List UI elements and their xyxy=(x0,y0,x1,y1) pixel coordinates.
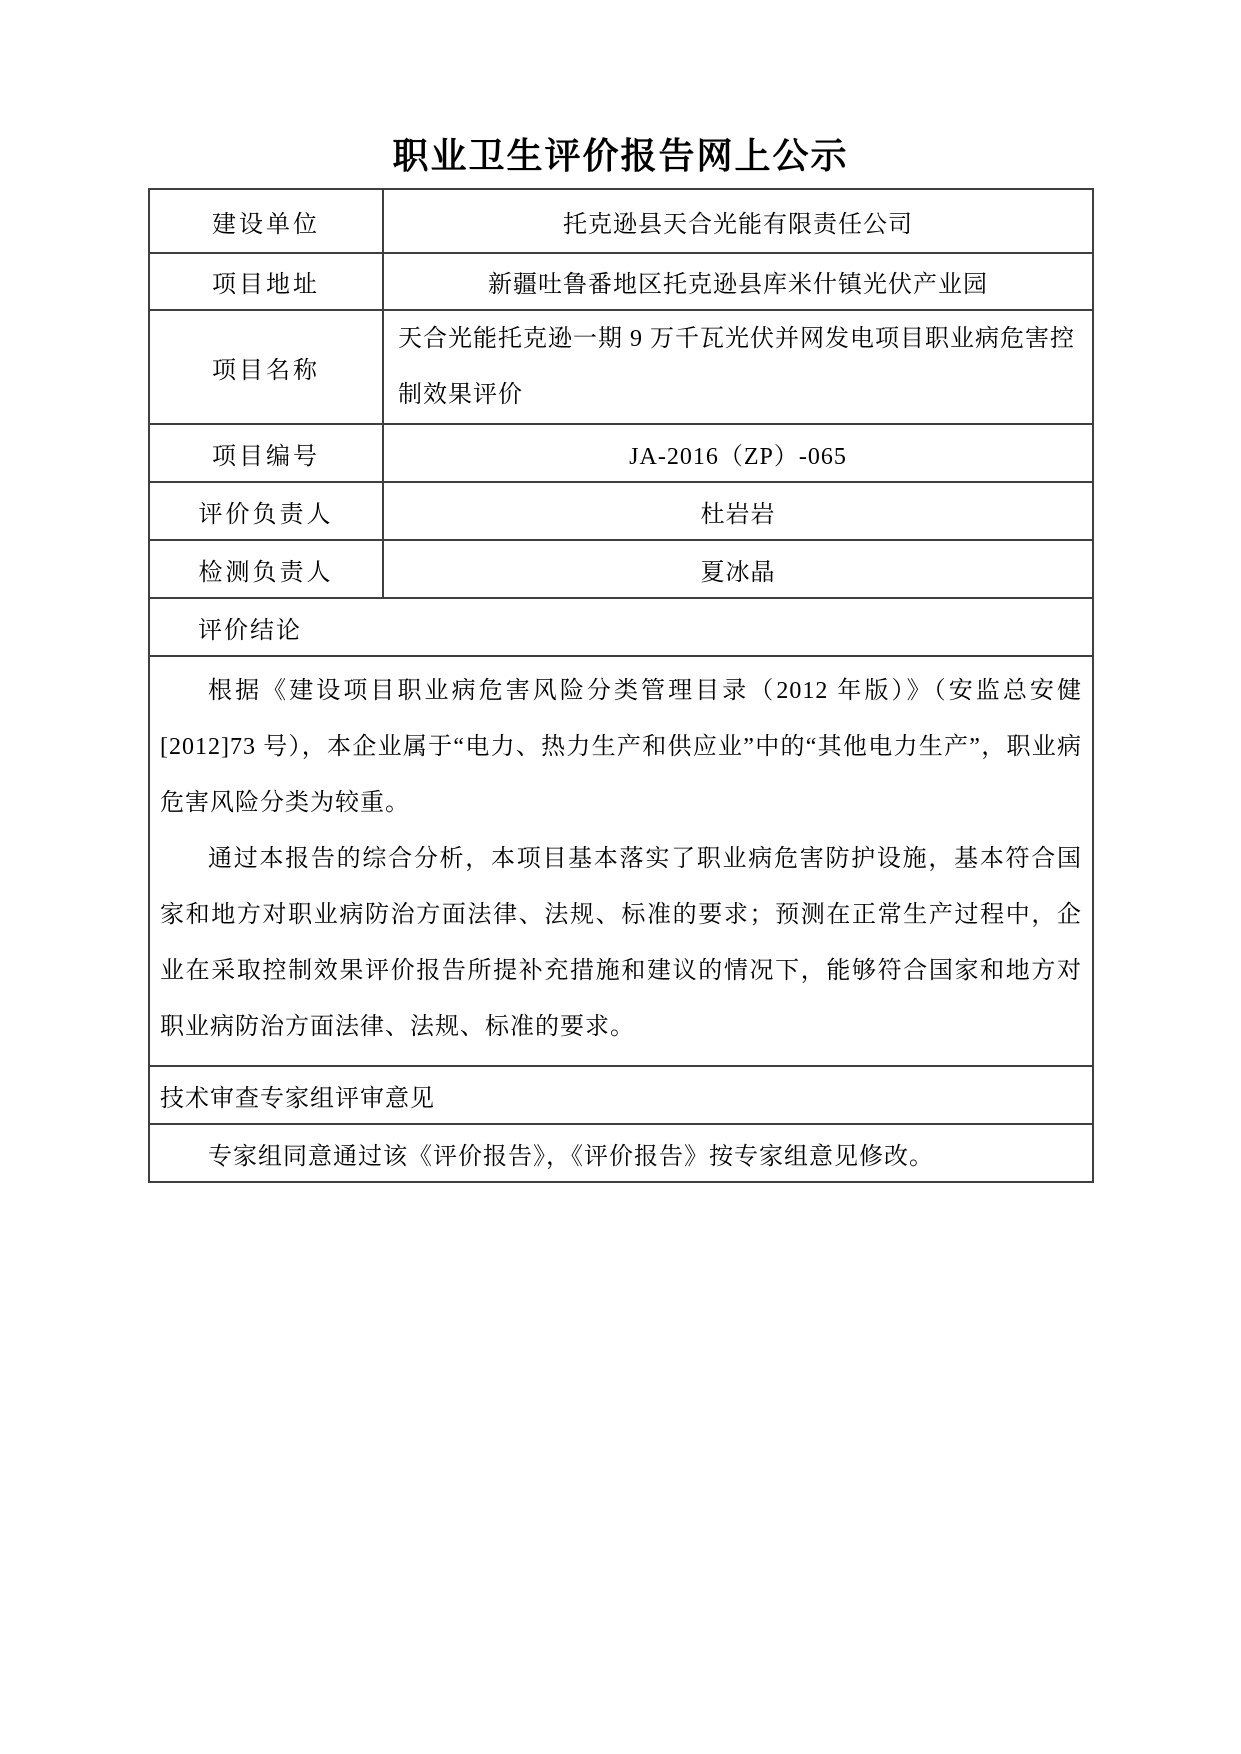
expert-header: 技术审查专家组评审意见 xyxy=(149,1066,1093,1124)
project-name-value: 天合光能托克逊一期 9 万千瓦光伏并网发电项目职业病危害控制效果评价 xyxy=(383,310,1093,424)
expert-opinion: 专家组同意通过该《评价报告》，《评价报告》按专家组意见修改。 xyxy=(149,1124,1093,1182)
project-address-value: 新疆吐鲁番地区托克逊县库米什镇光伏产业园 xyxy=(383,253,1093,310)
evaluation-leader-value: 杜岩岩 xyxy=(383,482,1093,540)
conclusion-header: 评价结论 xyxy=(149,598,1093,656)
project-address-label: 项目地址 xyxy=(149,253,383,310)
conclusion-paragraph-1: 根据《建设项目职业病危害风险分类管理目录（2012 年版）》（安监总安健[201… xyxy=(160,663,1082,831)
construction-unit-label: 建设单位 xyxy=(149,189,383,253)
table-row-project-number: 项目编号 JA-2016（ZP）-065 xyxy=(149,424,1093,482)
testing-leader-value: 夏冰晶 xyxy=(383,540,1093,598)
project-number-value: JA-2016（ZP）-065 xyxy=(383,424,1093,482)
table-row-evaluation-leader: 评价负责人 杜岩岩 xyxy=(149,482,1093,540)
table-row-expert-header: 技术审查专家组评审意见 xyxy=(149,1066,1093,1124)
report-table: 建设单位 托克逊县天合光能有限责任公司 项目地址 新疆吐鲁番地区托克逊县库米什镇… xyxy=(148,188,1094,1183)
page-title: 职业卫生评价报告网上公示 xyxy=(0,128,1241,179)
conclusion-body: 根据《建设项目职业病危害风险分类管理目录（2012 年版）》（安监总安健[201… xyxy=(149,656,1093,1066)
conclusion-paragraph-2: 通过本报告的综合分析，本项目基本落实了职业病危害防护设施，基本符合国家和地方对职… xyxy=(160,831,1082,1055)
table-row-construction-unit: 建设单位 托克逊县天合光能有限责任公司 xyxy=(149,189,1093,253)
testing-leader-label: 检测负责人 xyxy=(149,540,383,598)
table-row-conclusion-header: 评价结论 xyxy=(149,598,1093,656)
project-name-label: 项目名称 xyxy=(149,310,383,424)
table-row-expert-opinion: 专家组同意通过该《评价报告》，《评价报告》按专家组意见修改。 xyxy=(149,1124,1093,1182)
project-number-label: 项目编号 xyxy=(149,424,383,482)
table-row-project-address: 项目地址 新疆吐鲁番地区托克逊县库米什镇光伏产业园 xyxy=(149,253,1093,310)
table-row-conclusion-body: 根据《建设项目职业病危害风险分类管理目录（2012 年版）》（安监总安健[201… xyxy=(149,656,1093,1066)
construction-unit-value: 托克逊县天合光能有限责任公司 xyxy=(383,189,1093,253)
table-row-project-name: 项目名称 天合光能托克逊一期 9 万千瓦光伏并网发电项目职业病危害控制效果评价 xyxy=(149,310,1093,424)
evaluation-leader-label: 评价负责人 xyxy=(149,482,383,540)
table-row-testing-leader: 检测负责人 夏冰晶 xyxy=(149,540,1093,598)
